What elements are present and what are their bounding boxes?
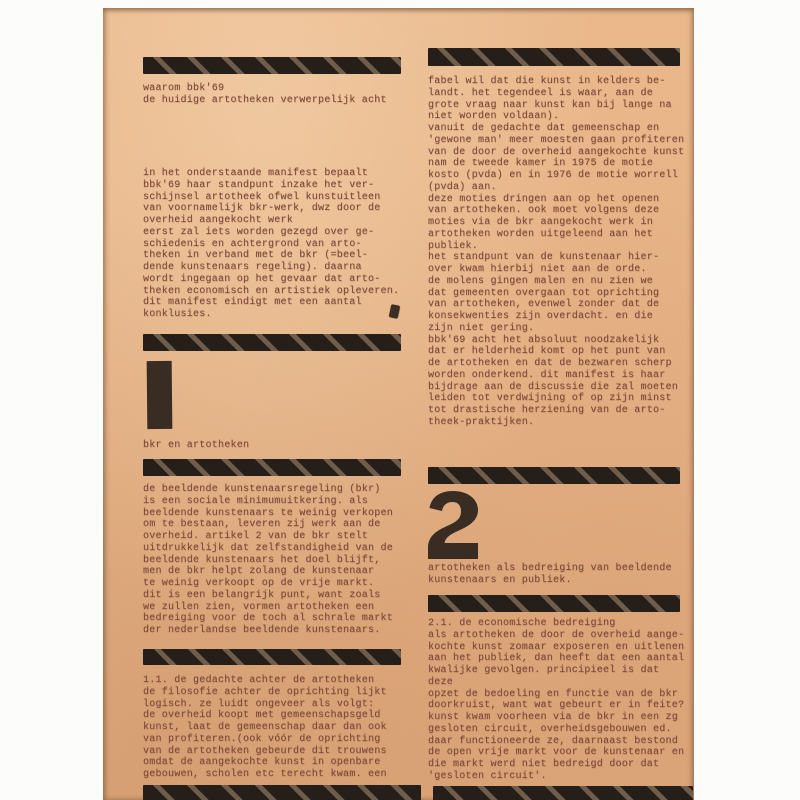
hatch-divider: [143, 649, 401, 665]
bkr-paragraph: de beeldende kunstenaarsregeling (bkr) i…: [143, 484, 408, 637]
intro-paragraph: in het onderstaande manifest bepaalt bbk…: [143, 168, 408, 321]
hatch-divider: [428, 595, 680, 612]
paragraph-1-1: 1.1. de gedachte achter de artotheken de…: [143, 675, 408, 781]
hatch-divider: [143, 334, 401, 351]
hatch-divider: [143, 459, 401, 476]
paragraph-2-1: 2.1. de economische bedreiging als artot…: [428, 618, 690, 783]
continuation-text: fabel wil dat die kunst in kelders be- l…: [428, 76, 686, 429]
hatch-divider: [433, 786, 693, 800]
hatch-divider: [143, 785, 421, 800]
section-1-caption: bkr en artotheken: [143, 440, 408, 452]
numeral-2-figure: [428, 491, 478, 559]
hatch-divider: [428, 48, 680, 66]
section-2-caption: artotheken als bedreiging van beeldende …: [428, 563, 688, 587]
page-title: waarom bbk'69 de huidige artotheken verw…: [143, 83, 413, 107]
numeral-1-figure: [147, 361, 173, 429]
hatch-divider: [143, 57, 401, 74]
paper-page: waarom bbk'69 de huidige artotheken verw…: [103, 8, 694, 800]
hatch-divider: [428, 467, 680, 484]
